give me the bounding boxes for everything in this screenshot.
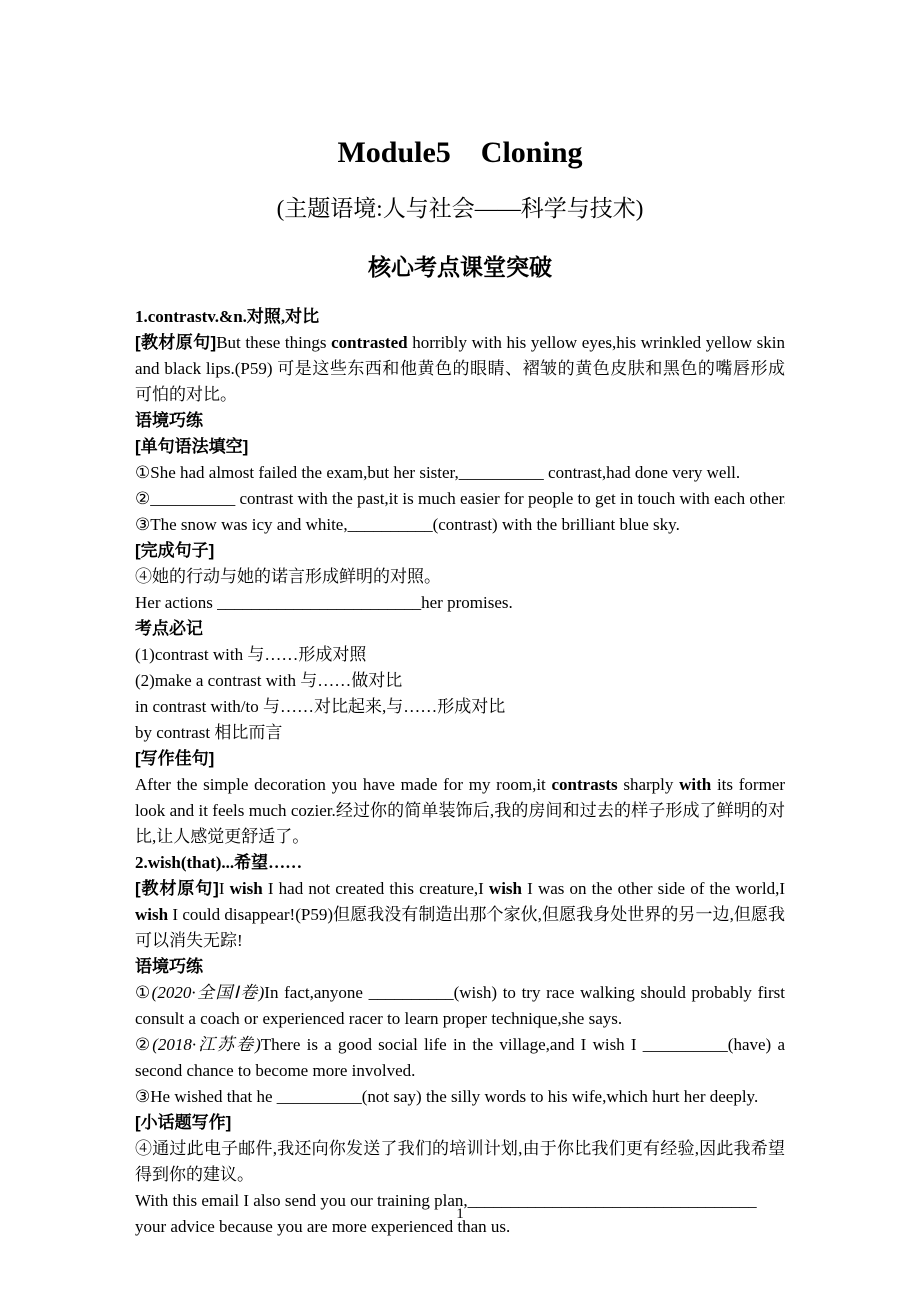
text-segment: I had not created this creature,I [263, 879, 489, 898]
bold-keyword: wish [135, 905, 168, 924]
text-segment: sharply [618, 775, 680, 794]
section1-question-1: ①She had almost failed the exam,but her … [135, 460, 785, 486]
source-tag-label: [教材原句] [135, 879, 219, 898]
text-segment: But these things [216, 333, 331, 352]
source-tag-label: [教材原句] [135, 333, 216, 352]
text-segment: I was on the other side of the world,I [522, 879, 785, 898]
circled-number: ① [135, 983, 152, 1002]
section1-point-3: in contrast with/to 与……对比起来,与……形成对比 [135, 694, 785, 720]
section1-practice-label: 语境巧练 [135, 408, 785, 434]
text-segment: I [219, 879, 230, 898]
section1-question-4-english: Her actions ________________________her … [135, 590, 785, 616]
document-page: Module5 Cloning (主题语境:人与社会——科学与技术) 核心考点课… [0, 0, 920, 1302]
text-segment: Her actions [135, 593, 217, 612]
section1-complete-sentence-label: [完成句子] [135, 538, 785, 564]
section2-question-3: ③He wished that he __________(not say) t… [135, 1084, 785, 1110]
text-segment: I could disappear!(P59)但愿我没有制造出那个家伙,但愿我身… [135, 905, 785, 950]
section2-practice-label: 语境巧练 [135, 954, 785, 980]
section1-writing-sentence: After the simple decoration you have mad… [135, 772, 785, 850]
section1-point-1: (1)contrast with 与……形成对照 [135, 642, 785, 668]
section2-topic-writing-label: [小话题写作] [135, 1110, 785, 1136]
section2-source-sentence: [教材原句]I wish I had not created this crea… [135, 876, 785, 954]
bold-keyword: contrasts [552, 775, 618, 794]
section1-question-3: ③The snow was icy and white,__________(c… [135, 512, 785, 538]
main-heading: 核心考点课堂突破 [135, 252, 785, 282]
bold-keyword: with [679, 775, 711, 794]
section2-question-4-chinese: ④通过此电子邮件,我还向你发送了我们的培训计划,由于你比我们更有经验,因此我希望… [135, 1136, 785, 1188]
section1-source-sentence: [教材原句]But these things contrasted horrib… [135, 330, 785, 408]
section2-heading: 2.wish(that)...希望…… [135, 850, 785, 876]
section1-question-4-chinese: ④她的行动与她的诺言形成鲜明的对照。 [135, 564, 785, 590]
section1-points-label: 考点必记 [135, 616, 785, 642]
exam-source-tag: (2018·江苏卷) [152, 1035, 261, 1054]
blank-line: ________________________ [217, 593, 421, 612]
bold-keyword: contrasted [331, 333, 407, 352]
text-segment: her promises. [421, 593, 513, 612]
section2-question-2: ②(2018·江苏卷)There is a good social life i… [135, 1032, 785, 1084]
text-segment: After the simple decoration you have mad… [135, 775, 552, 794]
section1-point-2: (2)make a contrast with 与……做对比 [135, 668, 785, 694]
exam-source-tag: (2020·全国Ⅰ卷) [152, 983, 265, 1002]
bold-keyword: wish [230, 879, 263, 898]
section2-question-1: ①(2020·全国Ⅰ卷)In fact,anyone __________(wi… [135, 980, 785, 1032]
page-subtitle: (主题语境:人与社会——科学与技术) [135, 194, 785, 224]
section1-heading: 1.contrastv.&n.对照,对比 [135, 304, 785, 330]
bold-keyword: wish [489, 879, 522, 898]
section1-question-2: ②__________ contrast with the past,it is… [135, 486, 785, 512]
circled-number: ② [135, 1035, 152, 1054]
page-number: 1 [0, 1204, 920, 1224]
document-content: Module5 Cloning (主题语境:人与社会——科学与技术) 核心考点课… [135, 0, 785, 1240]
page-title: Module5 Cloning [135, 134, 785, 172]
section1-writing-label: [写作佳句] [135, 746, 785, 772]
section1-point-4: by contrast 相比而言 [135, 720, 785, 746]
section1-grammar-fill-label: [单句语法填空] [135, 434, 785, 460]
